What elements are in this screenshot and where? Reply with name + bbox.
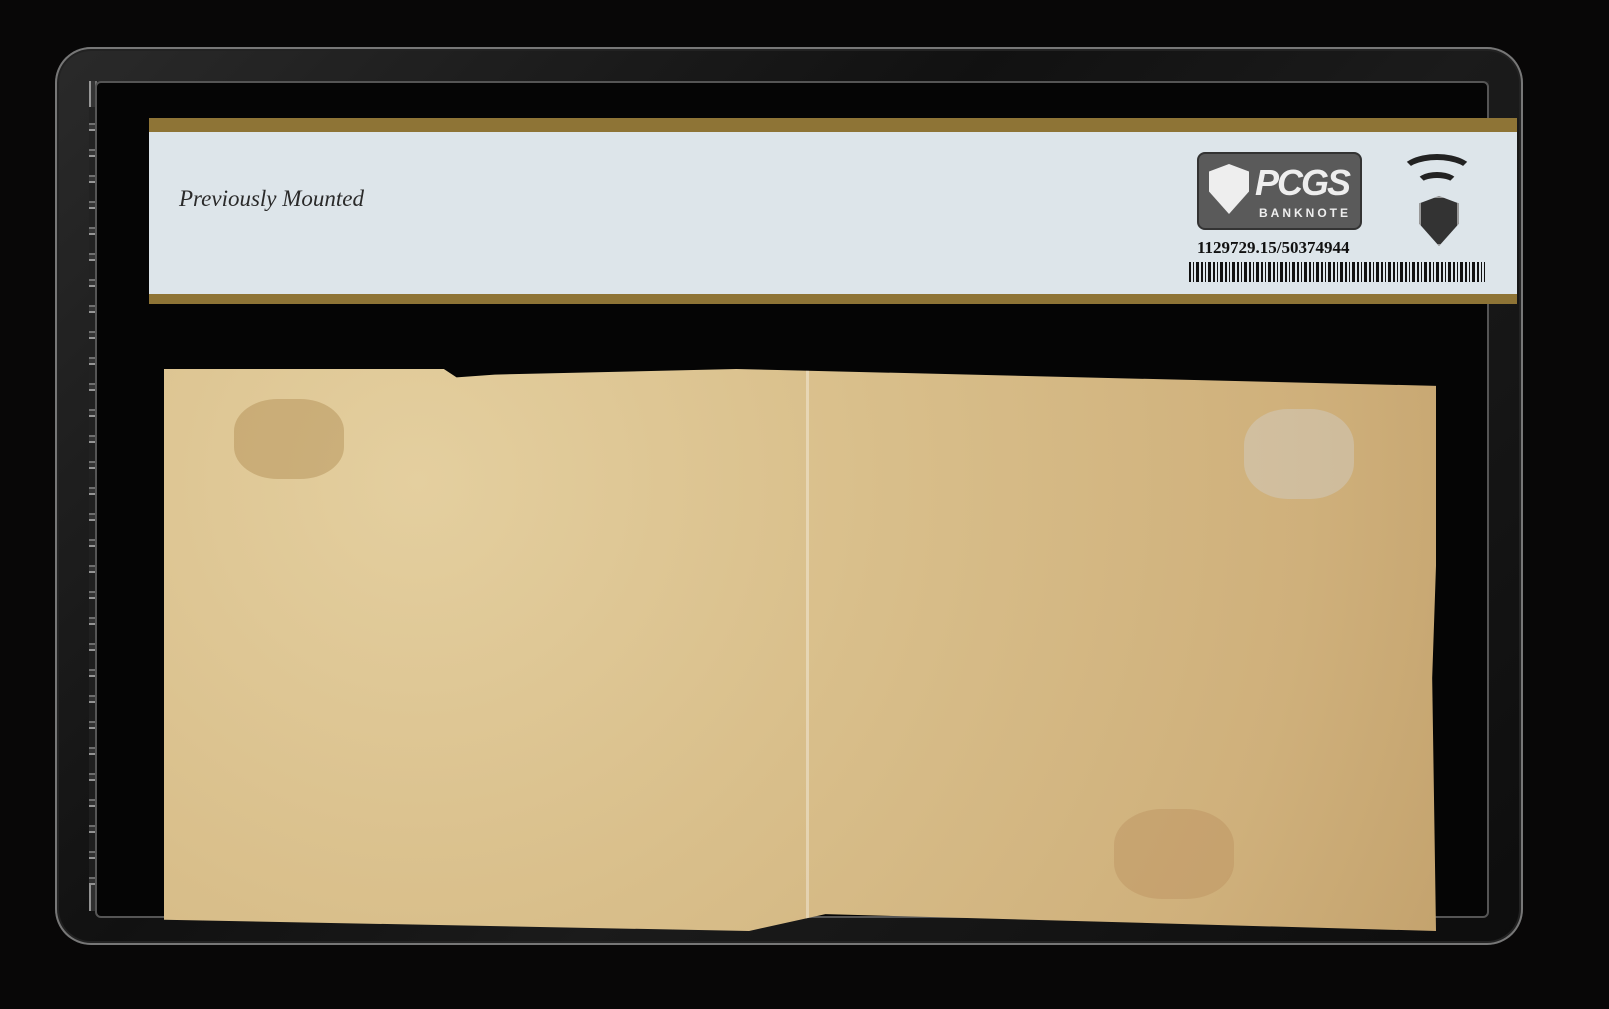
center-fold bbox=[806, 369, 809, 931]
stain bbox=[1114, 809, 1234, 899]
slab-holder: Previously Mounted PCGS BANKNOTE 1129729… bbox=[55, 47, 1523, 945]
mount-remnant-right bbox=[1244, 409, 1354, 499]
barcode bbox=[1189, 262, 1485, 282]
pcgs-logo: PCGS BANKNOTE bbox=[1197, 152, 1362, 230]
pcgs-wordmark: PCGS bbox=[1255, 162, 1349, 204]
pcgs-subtitle: BANKNOTE bbox=[1259, 206, 1351, 220]
banknote-reverse bbox=[164, 369, 1436, 931]
mount-remnant-left bbox=[234, 399, 344, 479]
inner-window: Previously Mounted PCGS BANKNOTE 1129729… bbox=[95, 81, 1489, 918]
shield-icon bbox=[1209, 164, 1249, 214]
label-note: Previously Mounted bbox=[179, 186, 364, 212]
nfc-shield-icon bbox=[1399, 154, 1479, 244]
grading-label: Previously Mounted PCGS BANKNOTE 1129729… bbox=[149, 118, 1517, 304]
cert-number: 1129729.15/50374944 bbox=[1197, 238, 1350, 258]
